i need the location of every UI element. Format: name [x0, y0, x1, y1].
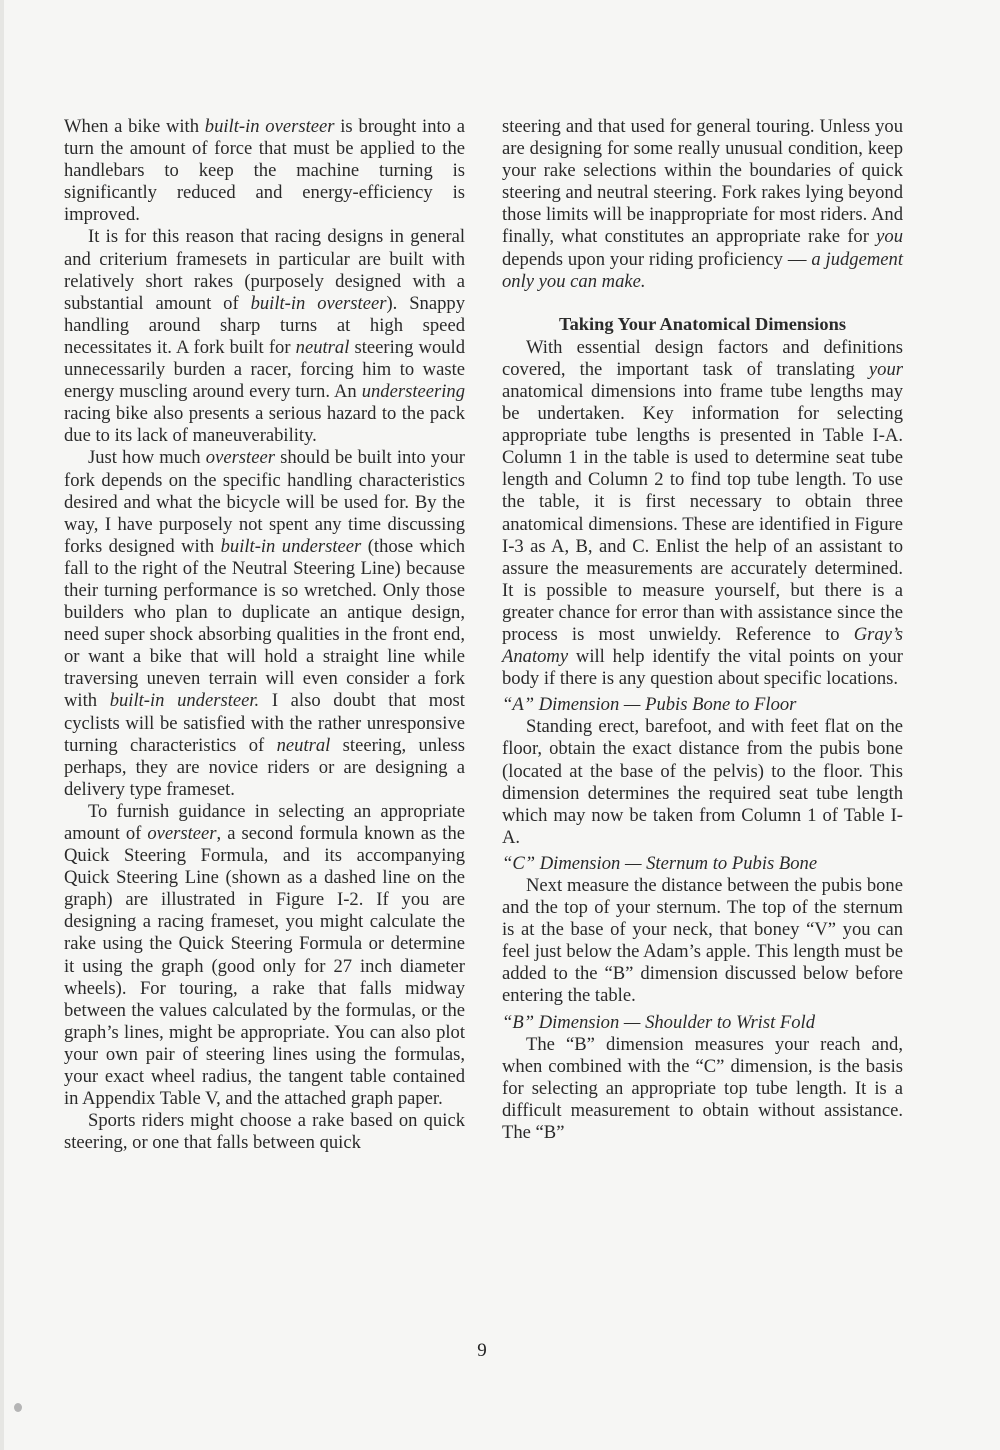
paragraph: Sports riders might choose a rake based … — [64, 1110, 465, 1154]
italic-text: built-in oversteer — [251, 293, 387, 314]
italic-text: neutral — [296, 337, 350, 358]
subsection-title: “A” Dimension — Pubis Bone to Floor — [502, 694, 903, 716]
page-number: 9 — [0, 1340, 964, 1362]
paragraph: The “B” dimension measures your reach an… — [502, 1034, 903, 1144]
italic-text: understeering — [362, 381, 465, 402]
text-run: steering and that used for general touri… — [502, 116, 903, 247]
paragraph: To furnish guidance in selecting an ap­p… — [64, 801, 465, 1110]
paragraph: Next measure the distance between the pu… — [502, 875, 903, 1008]
left-column: When a bike with built-in oversteer is b… — [64, 116, 465, 1154]
text-run: With essential design factors and defini… — [502, 337, 903, 380]
paper-speck — [14, 1403, 22, 1412]
paragraph: When a bike with built-in oversteer is b… — [64, 116, 465, 226]
italic-text: oversteer — [147, 823, 216, 844]
paragraph: With essential design factors and defini… — [502, 337, 903, 691]
italic-text: built-in oversteer — [205, 116, 335, 137]
paragraph: Standing erect, barefoot, and with feet … — [502, 716, 903, 849]
text-run: , a second for­mula known as the Quick S… — [64, 823, 465, 1109]
text-run: Just how much — [88, 447, 206, 468]
text-run: (those which fall to the right of the Ne… — [64, 536, 465, 712]
italic-text: built-in understeer. — [110, 690, 260, 711]
italic-text: you — [876, 226, 903, 247]
right-column: steering and that used for general touri… — [502, 116, 903, 1144]
text-run: racing bike also presents a serious haza… — [64, 403, 465, 446]
page-edge — [0, 0, 4, 1450]
paragraph: It is for this reason that racing design… — [64, 226, 465, 447]
text-run: Sports riders might choose a rake based … — [64, 1110, 465, 1153]
italic-text: your — [869, 359, 903, 380]
section-heading: Taking Your Anatomical Dimensions — [502, 313, 903, 335]
text-run: depends upon your riding proficiency — — [502, 249, 811, 270]
subsection-title: “B” Dimension — Shoulder to Wrist Fold — [502, 1012, 903, 1034]
subsection-title: “C” Dimension — Sternum to Pubis Bone — [502, 853, 903, 875]
italic-text: oversteer — [206, 447, 275, 468]
italic-text: neutral — [277, 735, 331, 756]
text-run: anatomical dimensions into frame tube le… — [502, 381, 903, 645]
italic-text: built-in understeer — [221, 536, 362, 557]
paragraph: Just how much oversteer should be built … — [64, 447, 465, 801]
text-run: When a bike with — [64, 116, 205, 137]
paragraph: steering and that used for general touri… — [502, 116, 903, 293]
